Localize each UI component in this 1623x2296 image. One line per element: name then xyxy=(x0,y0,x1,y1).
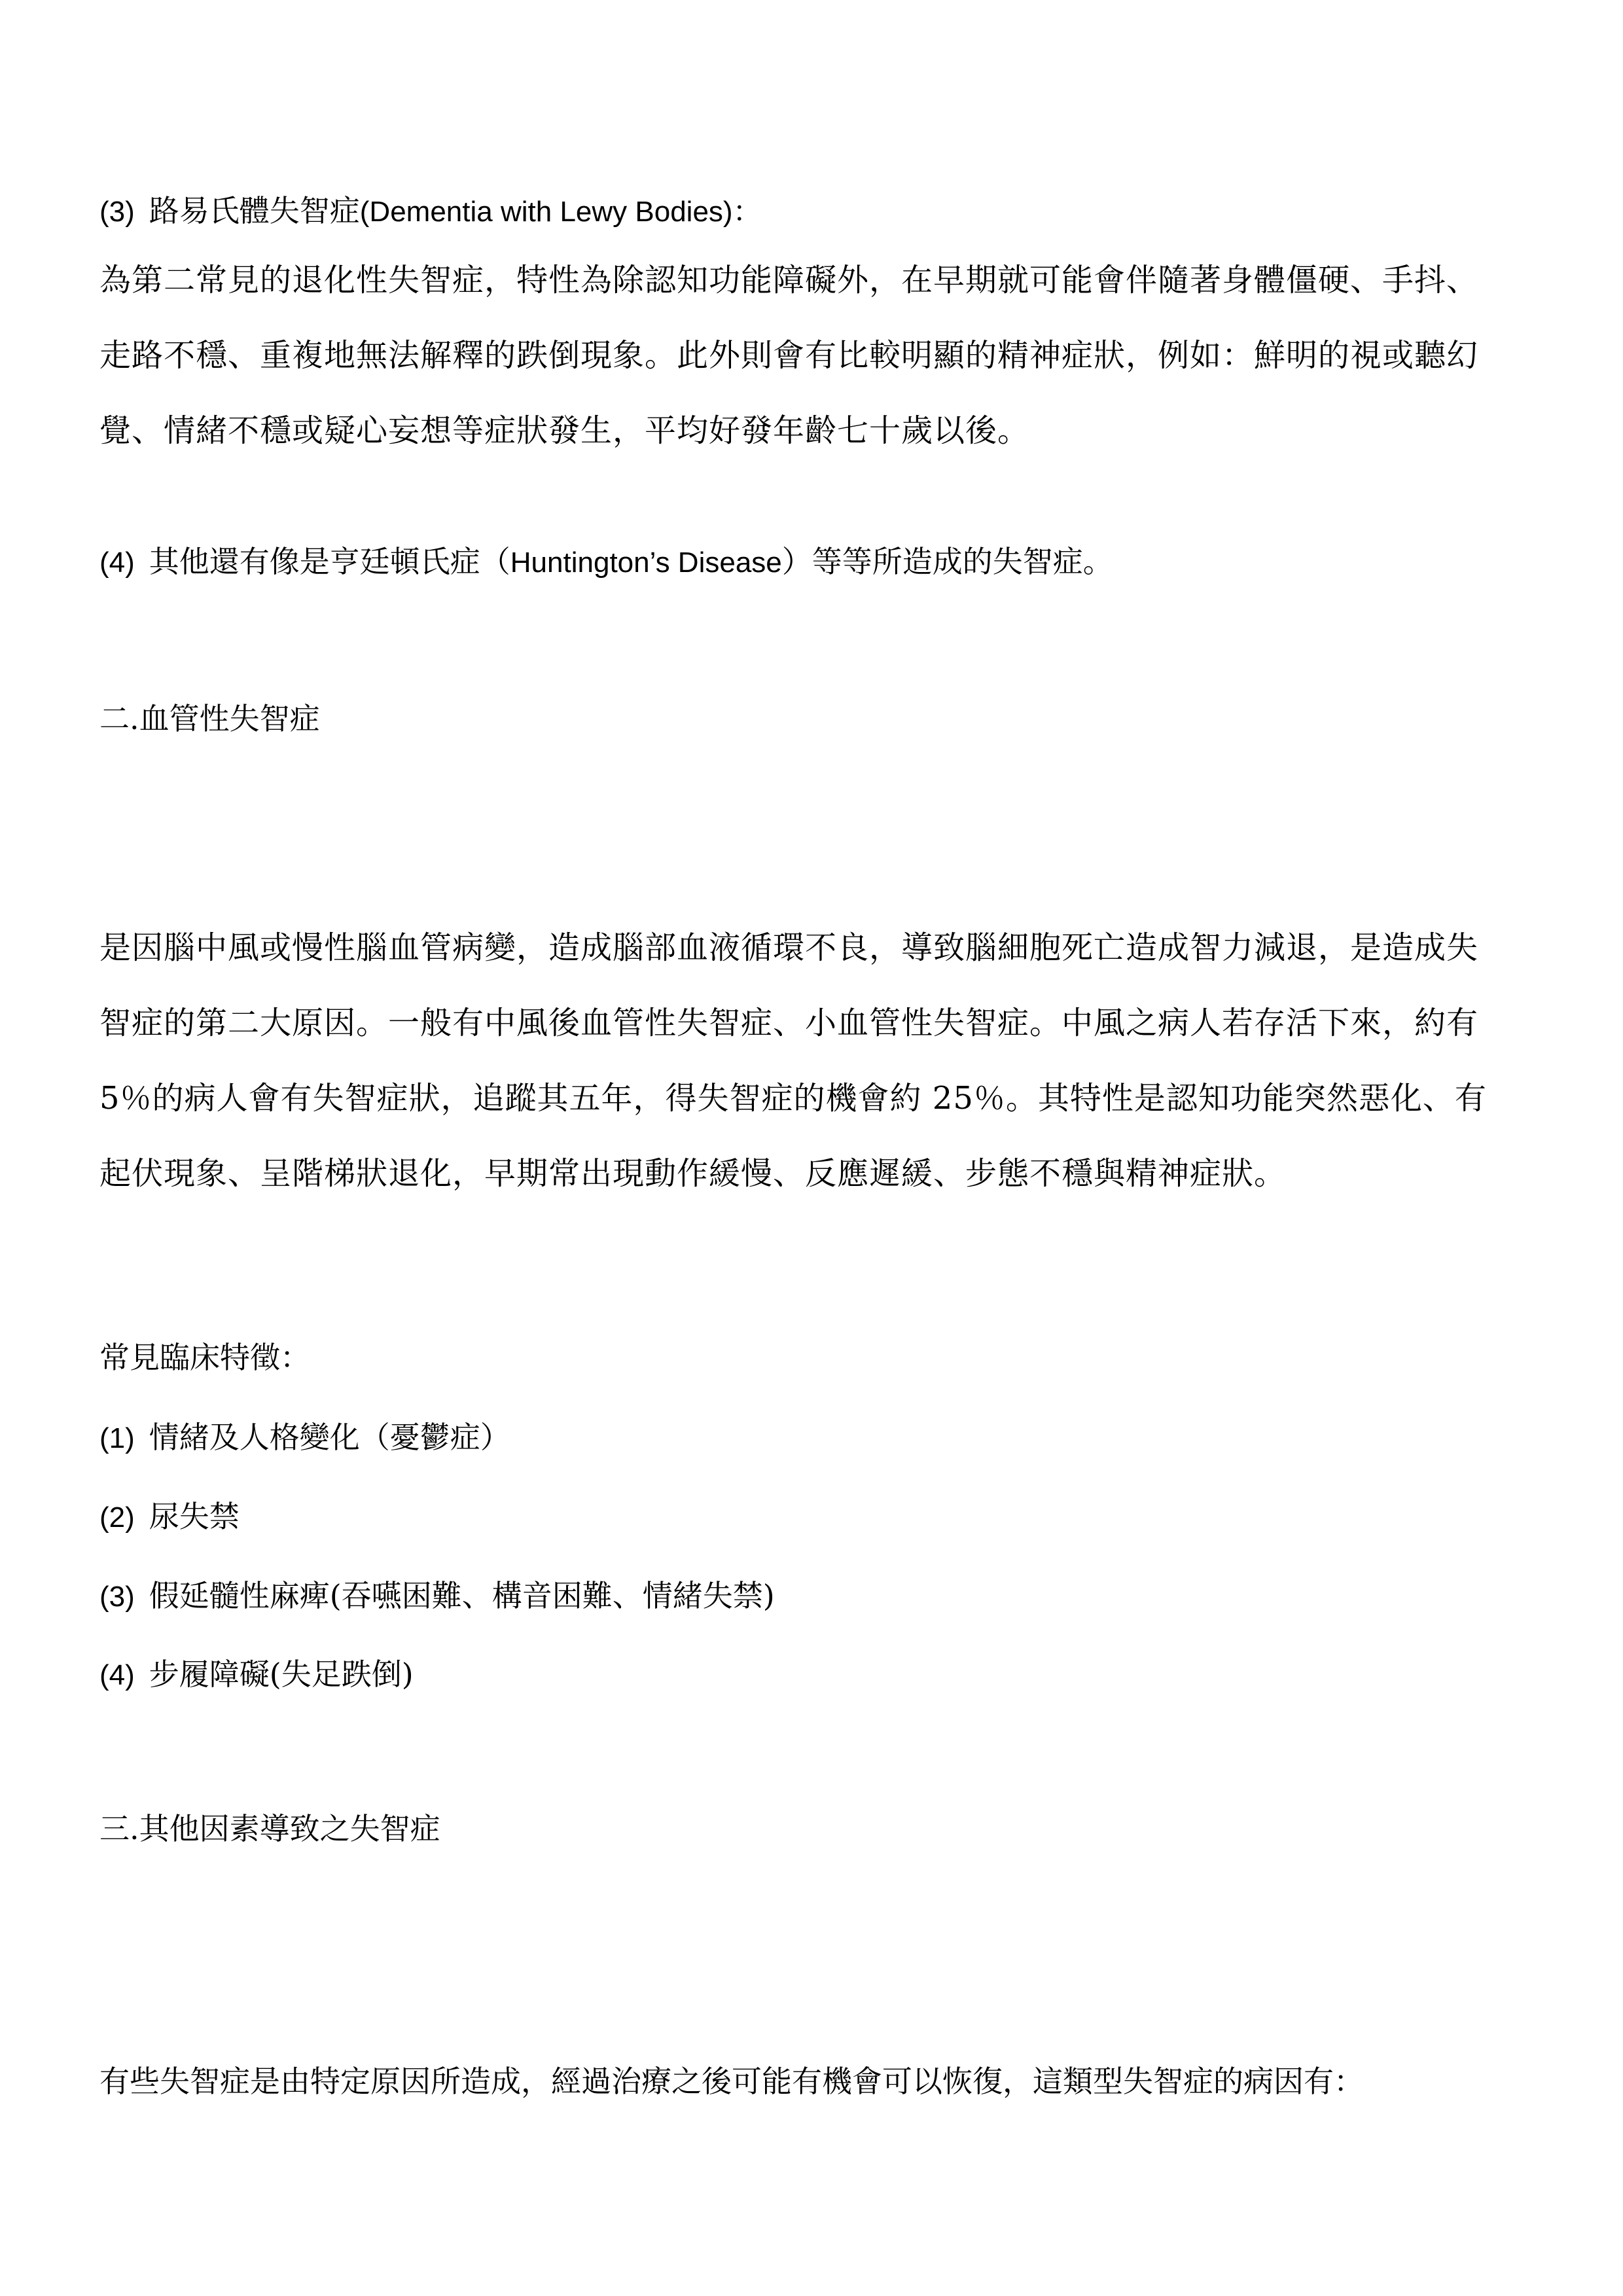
section-heading-vascular: 二.血管性失智症 xyxy=(99,699,320,738)
paragraph-line: 覺、情緒不穩或疑心妄想等症狀發生，平均好發年齡七十歲以後。 xyxy=(99,411,1539,486)
paragraph-line: 走路不穩、重複地無法解釋的跌倒現象。此外則會有比較明顯的精神症狀，例如：鮮明的視… xyxy=(99,336,1539,411)
item3-paragraph: 為第二常見的退化性失智症，特性為除認知功能障礙外，在早期就可能會伴隨著身體僵硬、… xyxy=(99,260,1539,486)
feature-text: 假延髓性麻痺(吞嚥困難、構音困難、情緒失禁) xyxy=(149,1578,775,1613)
item3-title-cjk: 路易氏體失智症 xyxy=(149,193,360,228)
item4-text-after: ）等等所造成的失智症。 xyxy=(782,544,1113,579)
feature-text: 步履障礙(失足跌倒) xyxy=(149,1657,414,1692)
paragraph-line: 是因腦中風或慢性腦血管病變，造成腦部血液循環不良，導致腦細胞死亡造成智力減退，是… xyxy=(99,928,1539,1003)
feature-item: (1)情緒及人格變化（憂鬱症） xyxy=(99,1418,510,1458)
feature-number: (1) xyxy=(99,1422,135,1454)
feature-item: (4)步履障礙(失足跌倒) xyxy=(99,1655,414,1695)
item3-title-latin: (Dementia with Lewy Bodies)： xyxy=(360,196,762,228)
paragraph-line: 智症的第二大原因。一般有中風後血管性失智症、小血管性失智症。中風之病人若存活下來… xyxy=(99,1003,1539,1079)
feature-number: (4) xyxy=(99,1659,135,1691)
other-paragraph: 有些失智症是由特定原因所造成，經過治療之後可能有機會可以恢復，這類型失智症的病因… xyxy=(99,2062,1364,2101)
item4-line: (4)其他還有像是亨廷頓氏症（Huntington’s Disease）等等所造… xyxy=(99,542,1113,583)
features-heading: 常見臨床特徵： xyxy=(99,1338,310,1377)
item3-number: (3) xyxy=(99,196,135,228)
paragraph-line: 起伏現象、呈階梯狀退化，早期常出現動作緩慢、反應遲緩、步態不穩與精神症狀。 xyxy=(99,1154,1539,1229)
feature-text: 尿失禁 xyxy=(149,1499,240,1534)
feature-item: (2)尿失禁 xyxy=(99,1497,240,1537)
paragraph-line: 5％的病人會有失智症狀，追蹤其五年，得失智症的機會約 25％。其特性是認知功能突… xyxy=(99,1079,1539,1154)
feature-number: (3) xyxy=(99,1581,135,1613)
item4-text-latin: Huntington’s Disease xyxy=(510,547,782,579)
section-heading-other: 三.其他因素導致之失智症 xyxy=(99,1809,440,1848)
feature-text: 情緒及人格變化（憂鬱症） xyxy=(149,1420,510,1455)
feature-item: (3)假延髓性麻痺(吞嚥困難、構音困難、情緒失禁) xyxy=(99,1576,775,1617)
item4-number: (4) xyxy=(99,547,135,579)
feature-number: (2) xyxy=(99,1501,135,1534)
item3-heading: (3)路易氏體失智症(Dementia with Lewy Bodies)： xyxy=(99,191,762,232)
paragraph-line: 為第二常見的退化性失智症，特性為除認知功能障礙外，在早期就可能會伴隨著身體僵硬、… xyxy=(99,260,1539,336)
item4-text-before: 其他還有像是亨廷頓氏症（ xyxy=(149,544,510,579)
vascular-paragraph: 是因腦中風或慢性腦血管病變，造成腦部血液循環不良，導致腦細胞死亡造成智力減退，是… xyxy=(99,928,1539,1229)
